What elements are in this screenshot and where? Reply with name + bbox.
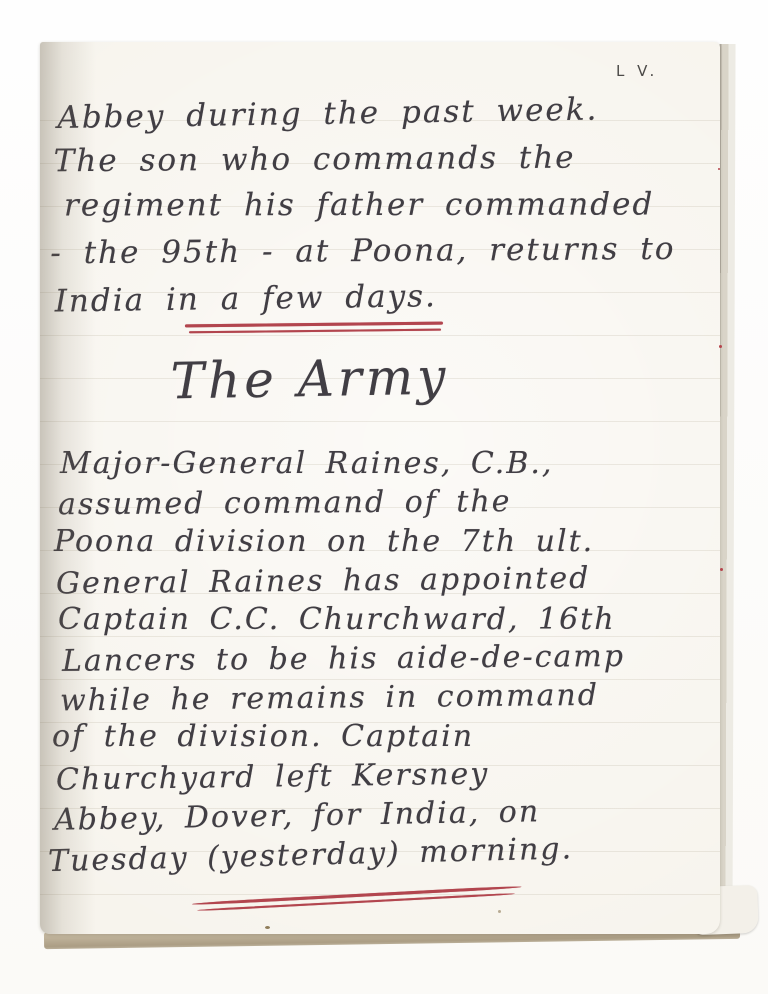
red-double-underline (185, 322, 443, 338)
page-number: L V. (616, 62, 658, 80)
journal-page: L V. Abbey during the past week. The son… (40, 42, 720, 934)
red-edge-speck (719, 345, 722, 348)
section-heading: The Army (120, 347, 501, 412)
handwriting-line: General Raines has appointed (56, 558, 712, 604)
handwriting-line: Poona division on the 7th ult. (54, 522, 712, 561)
handwriting-line: assumed command of the (58, 481, 712, 525)
manuscript-photo: L V. Abbey during the past week. The son… (0, 0, 768, 994)
paper-speck (265, 926, 270, 929)
divider-bar (185, 322, 443, 327)
handwriting-line: Captain C.C. Churchward, 16th (58, 600, 712, 639)
divider-bar (189, 328, 441, 333)
handwriting-line: - the 95th - at Poona, returns to (50, 226, 702, 277)
handwriting-line: of the division. Captain (52, 717, 712, 756)
red-double-underline (192, 885, 522, 915)
handwriting-line: India in a few days. (54, 269, 703, 324)
handwriting-line: regiment his father commanded (64, 181, 702, 228)
paper-speck (498, 910, 501, 913)
handwriting-line: Lancers to be his aide-de-camp (62, 636, 712, 681)
red-edge-speck (720, 568, 723, 571)
paragraph-the-army: Major-General Raines, C.B., assumed comm… (52, 444, 712, 873)
handwriting-line: The son who commands the (54, 134, 702, 185)
paragraph-continued: Abbey during the past week. The son who … (51, 88, 703, 323)
handwriting-line: Major-General Raines, C.B., (60, 444, 712, 483)
red-edge-speck (718, 168, 720, 170)
handwriting-line: Abbey during the past week. (57, 85, 702, 141)
handwriting-line: while he remains in command (60, 675, 712, 721)
